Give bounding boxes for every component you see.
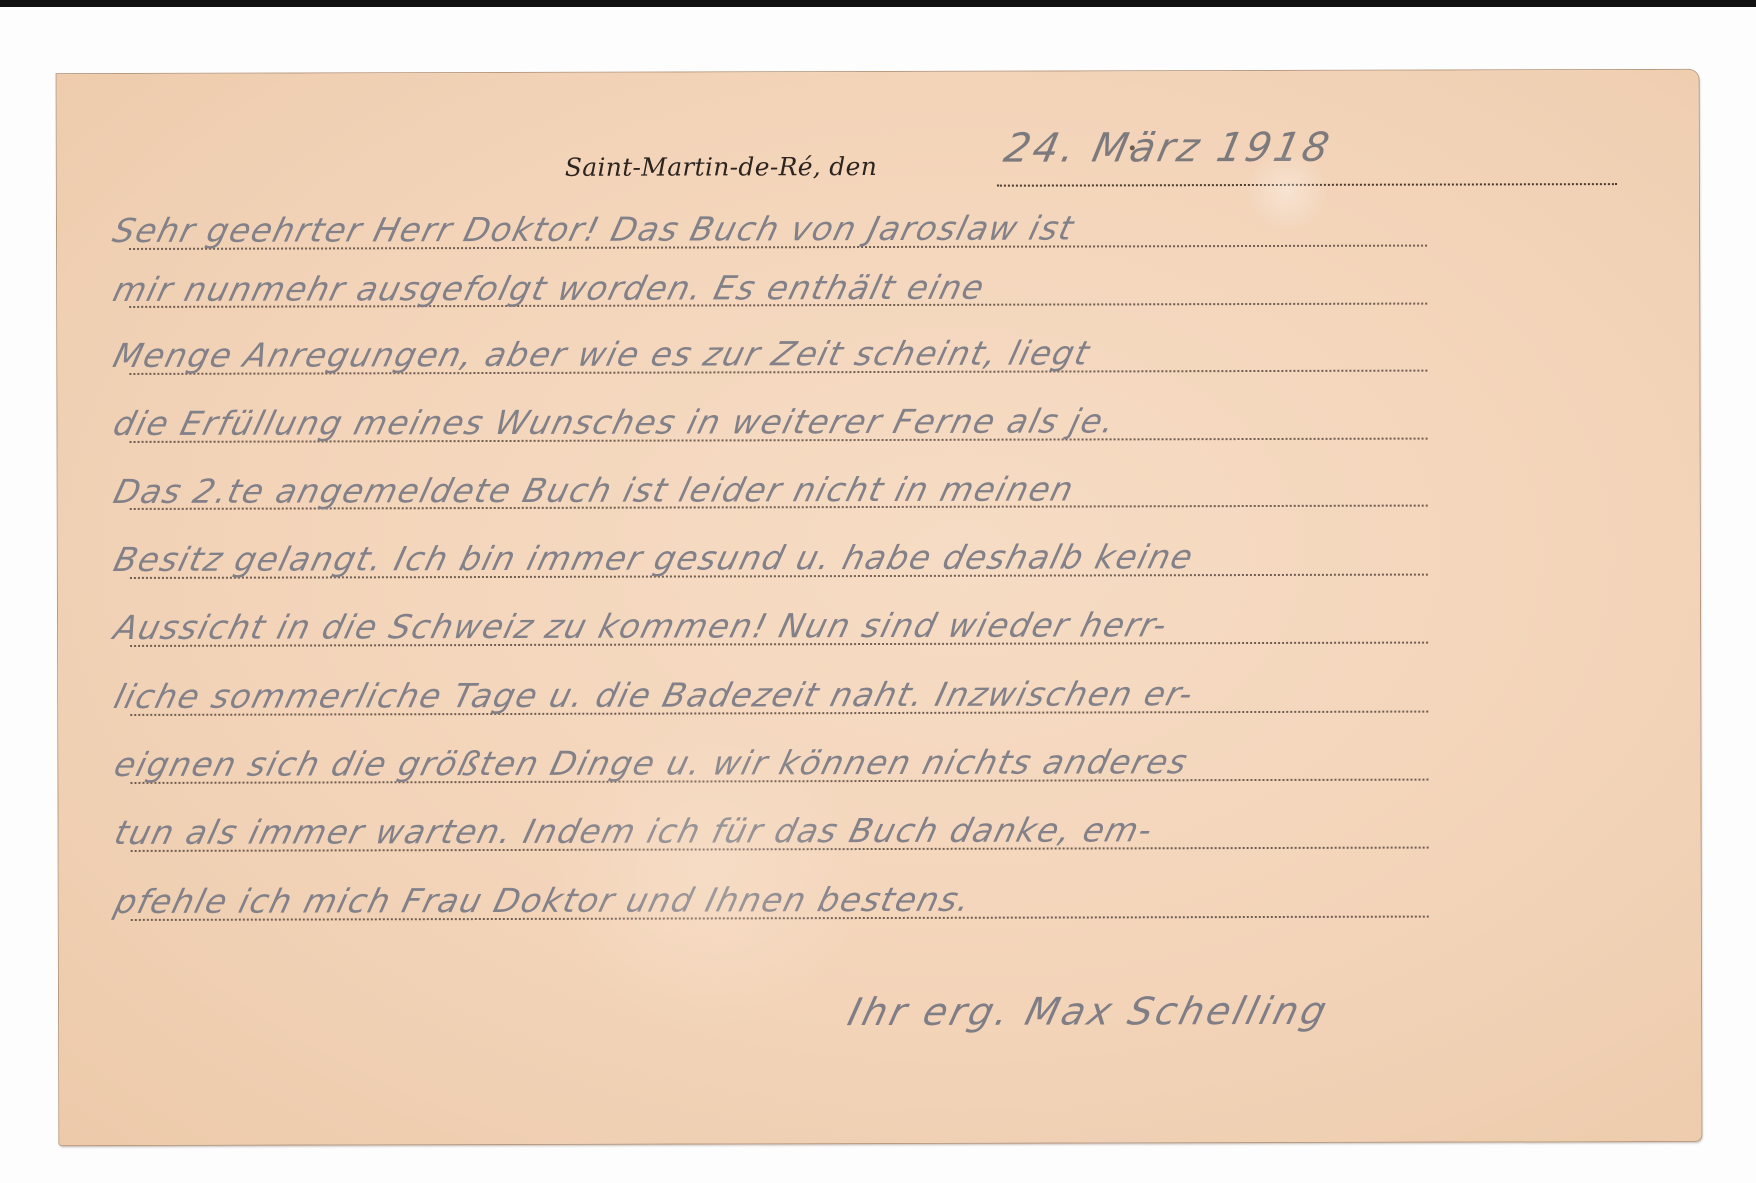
handwritten-line: Das 2.te angemeldete Buch ist leider nic… [110, 469, 1079, 511]
handwritten-line: Besitz gelangt. Ich bin immer gesund u. … [110, 537, 1198, 579]
handwritten-line: pfehle ich mich Frau Doktor und Ihnen be… [111, 880, 976, 921]
handwritten-line: Sehr geehrter Herr Doktor! Das Buch von … [109, 208, 1079, 250]
handwritten-line: Aussicht in die Schweiz zu kommen! Nun s… [110, 605, 1172, 647]
signature: Ihr erg. Max Schelling [844, 989, 1334, 1034]
handwritten-line: Menge Anregungen, aber wie es zur Zeit s… [109, 333, 1094, 375]
handwritten-line: mir nunmehr ausgefolgt worden. Es enthäl… [109, 268, 989, 309]
postcard: Saint-Martin-de-Ré, den 24. März 1918 Se… [57, 70, 1702, 1145]
handwritten-line: liche sommerliche Tage u. die Badezeit n… [110, 674, 1198, 716]
handwritten-line: eignen sich die größten Dinge u. wir kön… [110, 742, 1192, 784]
handwritten-line: die Erfüllung meines Wunsches in weitere… [110, 401, 1121, 443]
scan-edge-strip [0, 0, 1756, 7]
handwritten-line: tun als immer warten. Indem ich für das … [111, 810, 1158, 852]
